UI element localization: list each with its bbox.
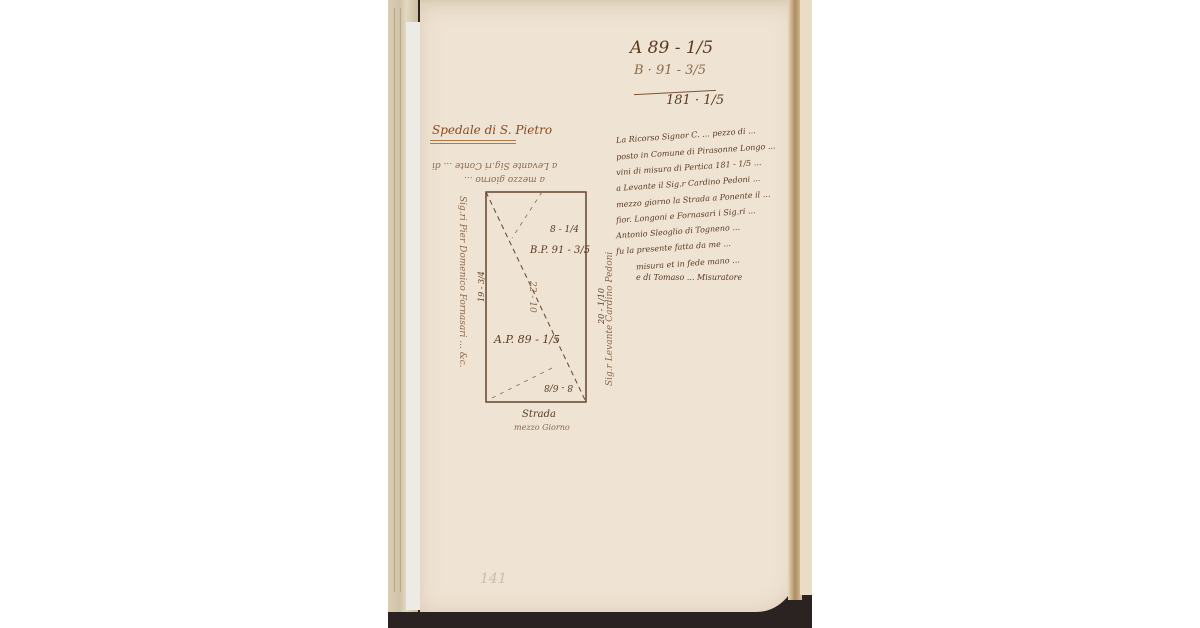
diagram-label-b: B.P. 91 - 3/5 — [530, 246, 590, 256]
diagram-label-a: A.P. 89 - 1/5 — [494, 334, 560, 345]
diagram-label-diagonal: 22 - 10 — [527, 281, 536, 313]
diagram-right-margin-text: Sig.r Levante Cardino Pedoni — [606, 252, 615, 386]
folio-number: 141 — [480, 572, 507, 586]
heading-underline-2 — [430, 143, 516, 144]
manuscript-scan: A 89 - 1/5 B · 91 - 3/5 181 · 1/5 Spedal… — [388, 0, 812, 628]
body-line: fu la presente fatta da me ... — [616, 240, 731, 256]
diagram-bottom-label: Strada — [522, 410, 556, 420]
land-plot-diagram — [482, 188, 594, 408]
sum-line-b: B · 91 - 3/5 — [634, 64, 706, 77]
diagram-label-top-side: 8 - 1/4 — [550, 226, 579, 235]
body-line: misura et in fede mano ... — [636, 256, 740, 271]
heading-title: Spedale di S. Pietro — [432, 124, 552, 136]
sum-total: 181 · 1/5 — [666, 94, 724, 107]
heading-underline — [430, 140, 516, 141]
body-line: Antonio Sleoglio di Togneno ... — [616, 224, 740, 241]
facing-page-edge — [800, 0, 812, 595]
heading-line-2: a mezzo giorno ... — [464, 174, 545, 183]
diagram-left-margin-text: Sig.ri Pier Domenico Fornasari ... &c. — [457, 196, 466, 368]
body-line: e di Tomaso ... Misuratore — [636, 274, 742, 282]
heading-line-1: a Levante Sig.ri Conte ... di — [432, 160, 557, 169]
manuscript-page: A 89 - 1/5 B · 91 - 3/5 181 · 1/5 Spedal… — [420, 6, 796, 612]
body-line: La Ricorso Signor C. ... pezzo di ... — [616, 127, 756, 145]
body-line: a Levante il Sig.r Cardino Pedoni ... — [616, 175, 761, 193]
diagram-label-bottom-side: 8 - 6/8 — [544, 382, 573, 391]
diagram-label-left-side: 19 - 3/4 — [478, 271, 486, 302]
sum-line-a: A 89 - 1/5 — [630, 40, 713, 57]
diagram-bottom-sublabel: mezzo Giorno — [514, 424, 570, 432]
